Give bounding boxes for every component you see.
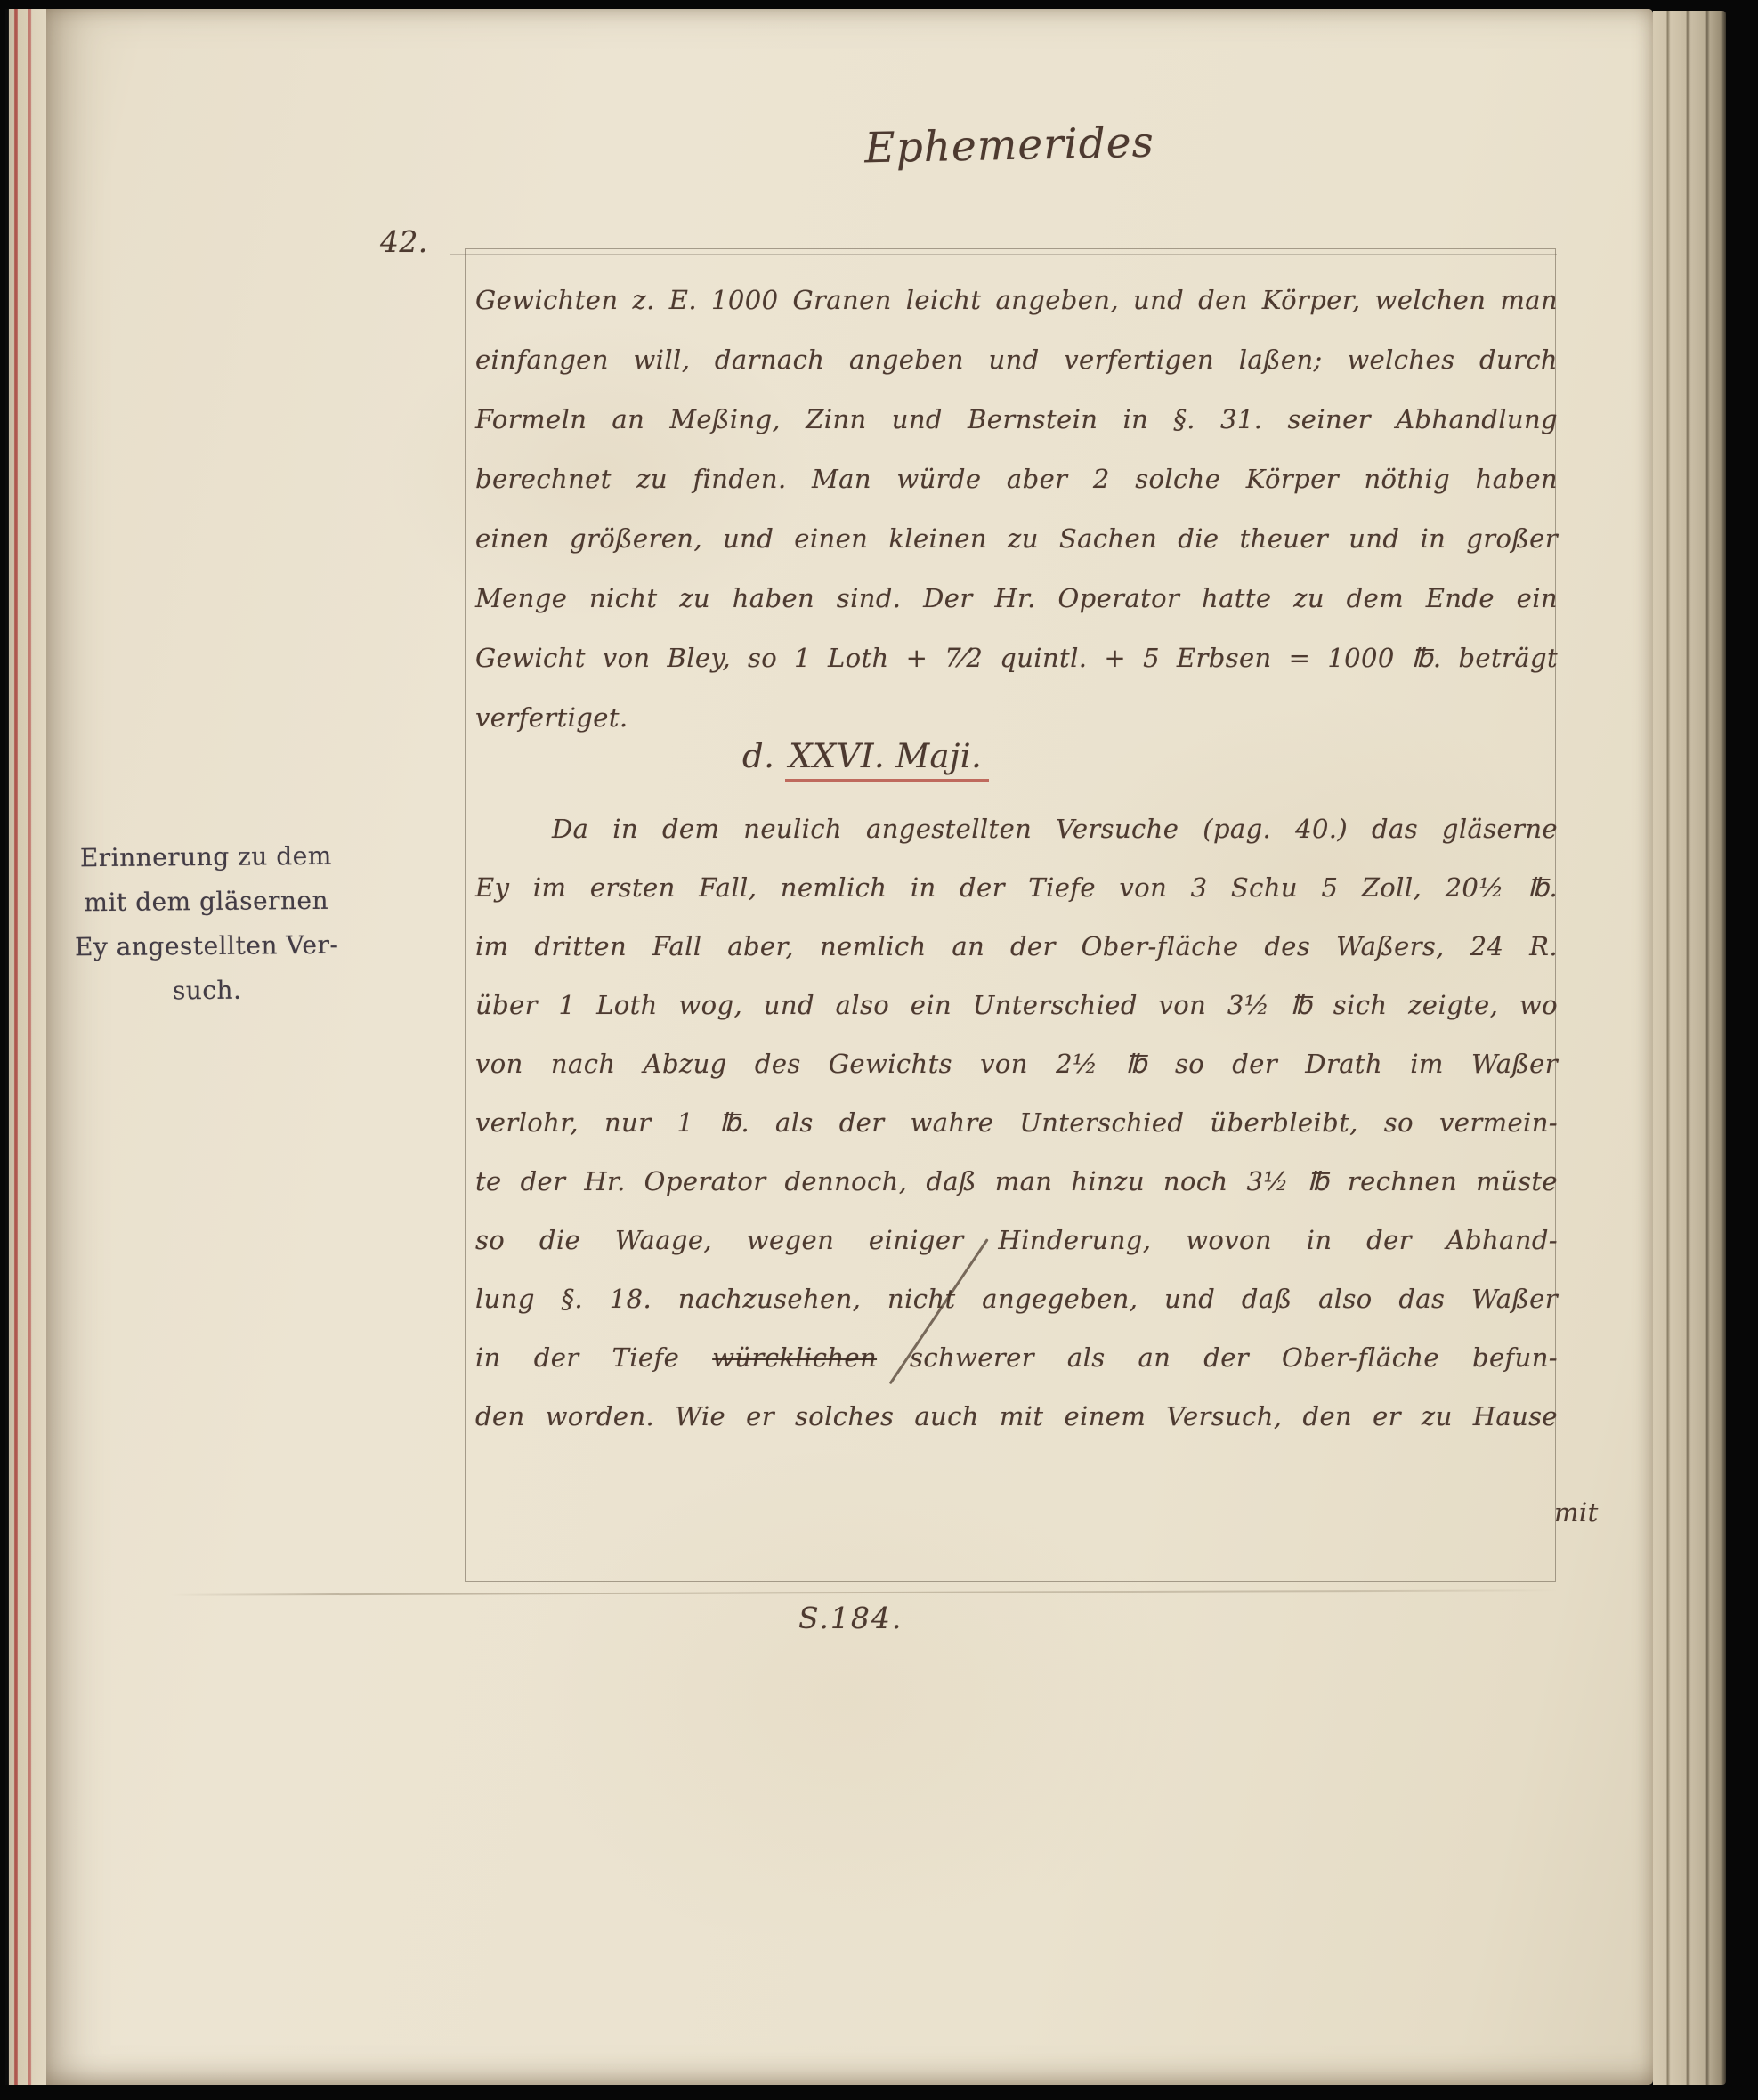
text-line: einfangen will, darnach angeben und verf… — [475, 330, 1558, 390]
text-line: im dritten Fall aber, nemlich an der Obe… — [475, 917, 1558, 976]
strike-line-post: schwerer als an der Ober-fläche befun- — [877, 1342, 1558, 1373]
margin-note-line: Erinnerung zu dem — [68, 834, 344, 881]
text-line: über 1 Loth wog, und also ein Unterschie… — [475, 976, 1558, 1034]
entry-paragraph: Da in dem neulich angestellten Versuche … — [475, 799, 1558, 1446]
text-line: einen größeren, und einen kleinen zu Sac… — [475, 509, 1558, 569]
text-line: verlohr, nur 1 ℔. als der wahre Untersch… — [475, 1093, 1558, 1152]
page-number: 42. — [380, 224, 428, 259]
text-line: Ey im ersten Fall, nemlich in der Tiefe … — [475, 858, 1558, 917]
page-title: Ephemerides — [465, 109, 1555, 182]
binding-edge — [5, 9, 46, 2085]
text-line: lung §. 18. nachzusehen, nicht angegeben… — [475, 1269, 1558, 1328]
scan-canvas: 42. Ephemerides Gewichten z. E. 1000 Gra… — [0, 0, 1758, 2100]
manuscript-page: 42. Ephemerides Gewichten z. E. 1000 Gra… — [46, 9, 1653, 2085]
margin-note-line: mit dem gläsernen — [69, 879, 344, 926]
text-line: Formeln an Meßing, Zinn und Bernstein in… — [475, 390, 1558, 450]
text-line: Gewicht von Bley, so 1 Loth + 7⁄2 quintl… — [475, 628, 1558, 688]
page-crease — [171, 1589, 1560, 1595]
text-line-strikethrough: in der Tiefe würcklichen schwerer als an… — [475, 1328, 1558, 1387]
struck-word: würcklichen — [712, 1342, 877, 1373]
signature-mark: S.184. — [798, 1601, 903, 1635]
date-heading: d.XXVI. Maji. — [742, 737, 989, 775]
text-line: Menge nicht zu haben sind. Der Hr. Opera… — [475, 569, 1558, 628]
text-line: Gewichten z. E. 1000 Granen leicht angeb… — [475, 271, 1558, 330]
page-edges — [1653, 11, 1726, 2085]
text-line: te der Hr. Operator dennoch, daß man hin… — [475, 1152, 1558, 1211]
text-line: verfertiget. — [475, 688, 1558, 748]
text-line: den worden. Wie er solches auch mit eine… — [475, 1387, 1558, 1446]
entry-date: XXVI. Maji. — [785, 737, 989, 782]
margin-note-line: Ey angestellten Ver- — [69, 923, 344, 970]
strike-line-pre: in der Tiefe — [475, 1342, 712, 1373]
catchword: mit — [1554, 1497, 1599, 1528]
text-line: berechnet zu finden. Man würde aber 2 so… — [475, 450, 1558, 509]
margin-note-line: such. — [69, 968, 344, 1015]
text-line: so die Waage, wegen einiger Hinderung, w… — [475, 1211, 1558, 1269]
intro-paragraph: Gewichten z. E. 1000 Granen leicht angeb… — [475, 271, 1558, 748]
date-prefix: d. — [742, 737, 774, 775]
margin-note: Erinnerung zu dem mit dem gläsernen Ey a… — [68, 834, 345, 1015]
text-line: von nach Abzug des Gewichts von 2½ ℔ so … — [475, 1034, 1558, 1093]
text-line: Da in dem neulich angestellten Versuche … — [475, 799, 1558, 858]
